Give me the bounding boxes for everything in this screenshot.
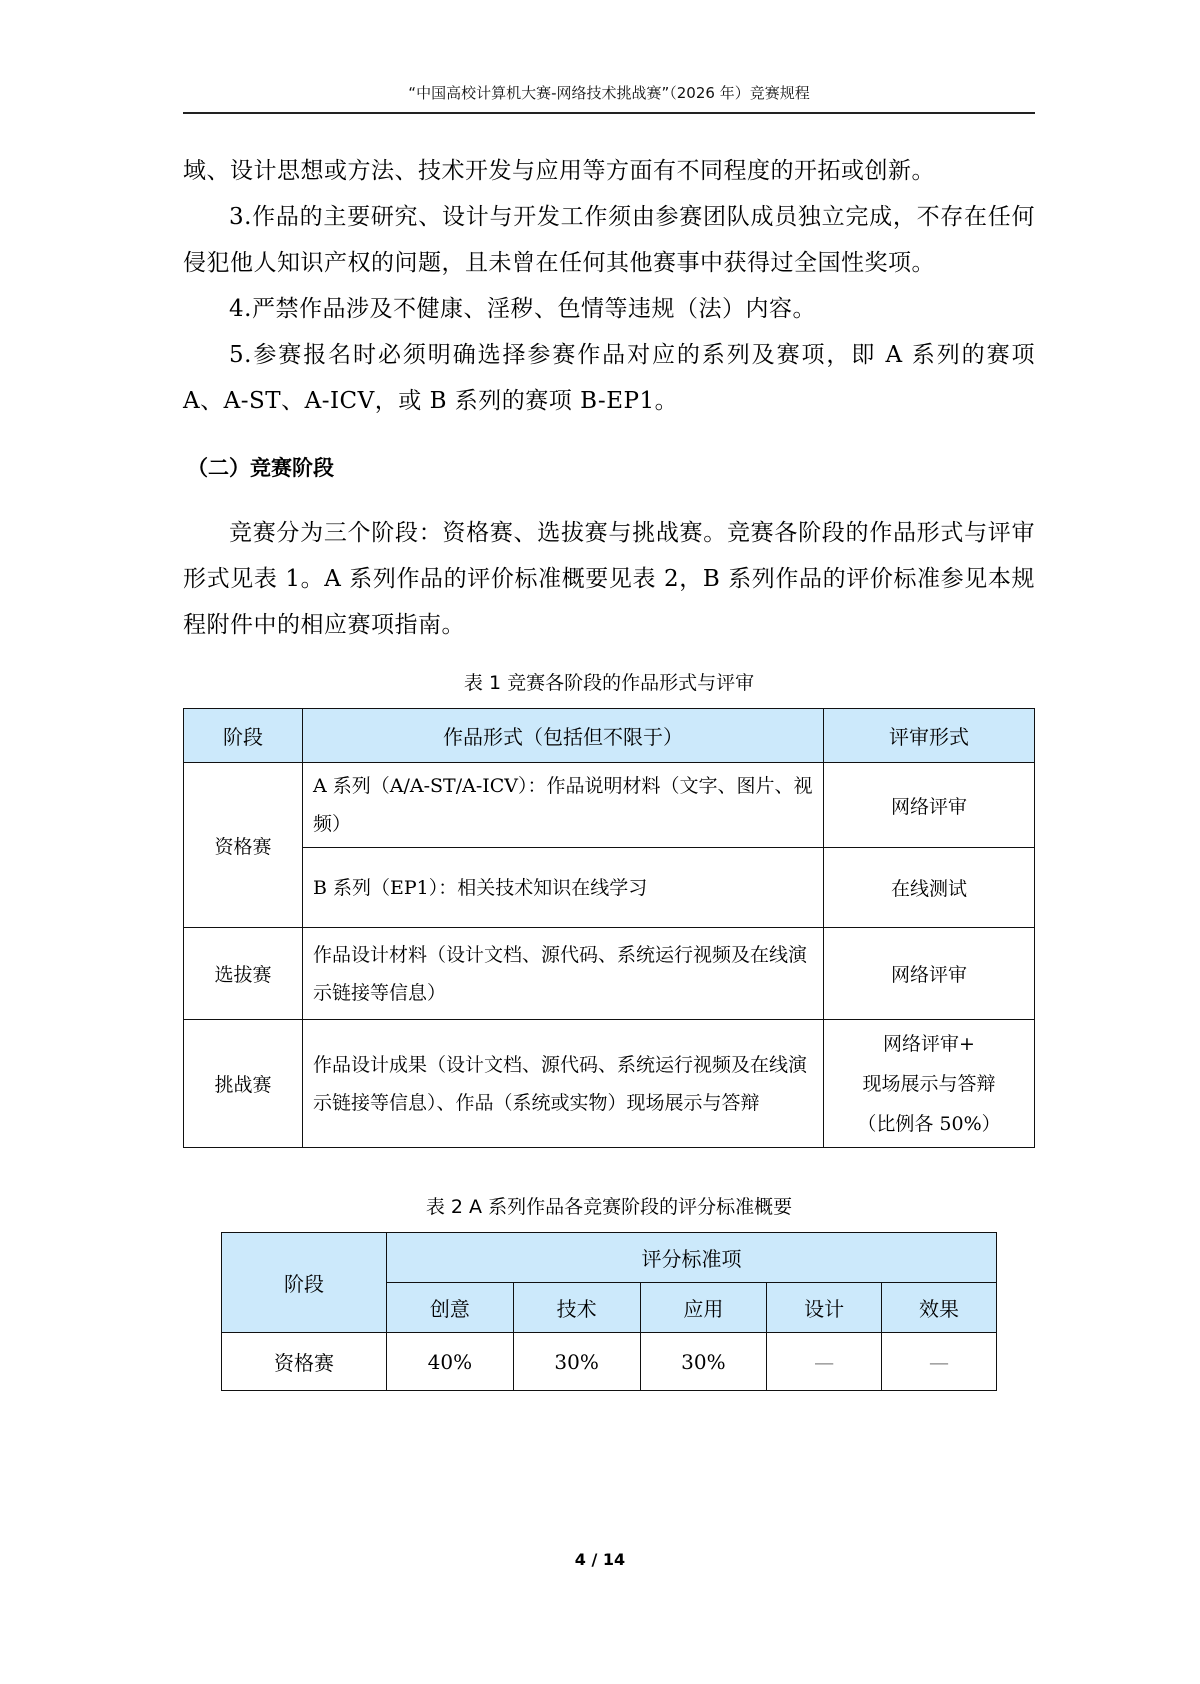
- table2-scoring-criteria: 阶段 评分标准项 创意 技术 应用 设计 效果 资格赛 40% 30% 30% …: [221, 1232, 997, 1391]
- table2-value-cell: —: [882, 1333, 997, 1391]
- document-body: 域、设计思想或方法、技术开发与应用等方面有不同程度的开拓或创新。 3.作品的主要…: [183, 148, 1035, 1391]
- header-divider: [183, 112, 1035, 114]
- paragraph-item-4: 4.严禁作品涉及不健康、淫秽、色情等违规（法）内容。: [183, 286, 1035, 332]
- table2-header-criterion: 创意: [387, 1283, 514, 1333]
- table1-review-cell: 网络评审: [824, 763, 1035, 848]
- review-line: 网络评审+: [825, 1024, 1033, 1064]
- table-row: 资格赛 40% 30% 30% — —: [222, 1333, 997, 1391]
- table2-value-cell: 30%: [513, 1333, 640, 1391]
- table1-form-cell: 作品设计材料（设计文档、源代码、系统运行视频及在线演示链接等信息）: [303, 928, 824, 1020]
- table1-form-cell: 作品设计成果（设计文档、源代码、系统运行视频及在线演示链接等信息）、作品（系统或…: [303, 1020, 824, 1148]
- table-row: 选拔赛 作品设计材料（设计文档、源代码、系统运行视频及在线演示链接等信息） 网络…: [184, 928, 1035, 1020]
- table2-header-criterion: 技术: [513, 1283, 640, 1333]
- page-number: 4 / 14: [0, 1550, 1200, 1569]
- table1-stage-cell: 挑战赛: [184, 1020, 303, 1148]
- table1-header-review: 评审形式: [824, 709, 1035, 763]
- table2-header-criterion: 应用: [640, 1283, 767, 1333]
- table1-header-stage: 阶段: [184, 709, 303, 763]
- table2-header-stage: 阶段: [222, 1233, 387, 1333]
- paragraph-item-3: 3.作品的主要研究、设计与开发工作须由参赛团队成员独立完成，不存在任何侵犯他人知…: [183, 194, 1035, 286]
- table1-review-cell: 网络评审+ 现场展示与答辩 （比例各 50%）: [824, 1020, 1035, 1148]
- table1-caption: 表 1 竞赛各阶段的作品形式与评审: [183, 668, 1035, 698]
- table1-header-form: 作品形式（包括但不限于）: [303, 709, 824, 763]
- table2-header-criterion: 设计: [767, 1283, 882, 1333]
- table-row: 挑战赛 作品设计成果（设计文档、源代码、系统运行视频及在线演示链接等信息）、作品…: [184, 1020, 1035, 1148]
- table1-review-cell: 网络评审: [824, 928, 1035, 1020]
- paragraph-item-5: 5.参赛报名时必须明确选择参赛作品对应的系列及赛项，即 A 系列的赛项 A、A-…: [183, 332, 1035, 424]
- paragraph-continuation: 域、设计思想或方法、技术开发与应用等方面有不同程度的开拓或创新。: [183, 148, 1035, 194]
- table-row: 资格赛 A 系列（A/A-ST/A-ICV）：作品说明材料（文字、图片、视频） …: [184, 763, 1035, 848]
- table1-form-cell: B 系列（EP1）：相关技术知识在线学习: [303, 848, 824, 928]
- table-row: B 系列（EP1）：相关技术知识在线学习 在线测试: [184, 848, 1035, 928]
- table1-stage-cell: 资格赛: [184, 763, 303, 928]
- table2-value-cell: —: [767, 1333, 882, 1391]
- table1-form-cell: A 系列（A/A-ST/A-ICV）：作品说明材料（文字、图片、视频）: [303, 763, 824, 848]
- running-header: “中国高校计算机大赛-网络技术挑战赛”（2026 年）竞赛规程: [183, 82, 1035, 103]
- review-line: 现场展示与答辩: [825, 1064, 1033, 1104]
- table2-value-cell: 40%: [387, 1333, 514, 1391]
- section-heading: （二）竞赛阶段: [187, 448, 1035, 488]
- review-line: （比例各 50%）: [825, 1104, 1033, 1144]
- section-intro: 竞赛分为三个阶段：资格赛、选拔赛与挑战赛。竞赛各阶段的作品形式与评审形式见表 1…: [183, 510, 1035, 648]
- table2-value-cell: 30%: [640, 1333, 767, 1391]
- table1-stage-cell: 选拔赛: [184, 928, 303, 1020]
- table2-header-criterion: 效果: [882, 1283, 997, 1333]
- table2-stage-cell: 资格赛: [222, 1333, 387, 1391]
- table1-stage-forms: 阶段 作品形式（包括但不限于） 评审形式 资格赛 A 系列（A/A-ST/A-I…: [183, 708, 1035, 1148]
- table2-caption: 表 2 A 系列作品各竞赛阶段的评分标准概要: [183, 1192, 1035, 1222]
- table1-review-cell: 在线测试: [824, 848, 1035, 928]
- table2-header-group: 评分标准项: [387, 1233, 997, 1283]
